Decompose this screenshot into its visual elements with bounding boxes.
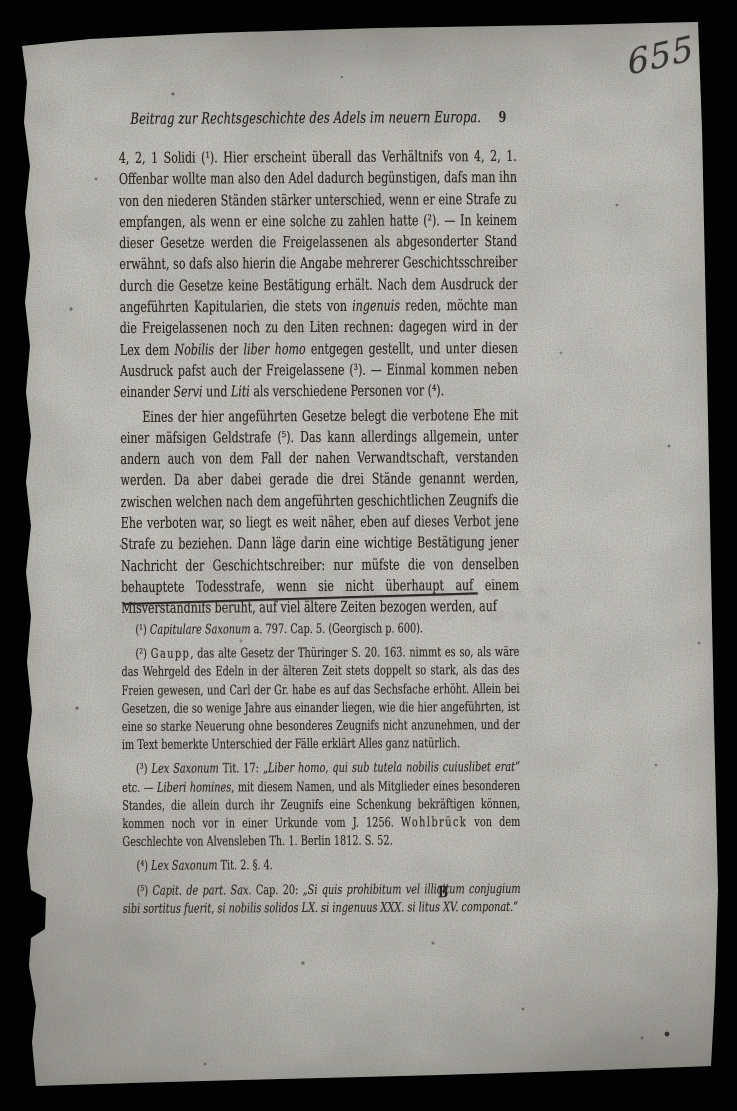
running-title: Beitrag zur Rechtsgeschichte des Adels i… bbox=[119, 108, 493, 128]
footnote: (¹) Capitulare Saxonum a. 797. Cap. 5. (… bbox=[121, 620, 519, 640]
paragraph: Eines der hier angeführten Gesetze beleg… bbox=[120, 404, 519, 619]
text-block: Beitrag zur Rechtsgeschichte des Adels i… bbox=[118, 0, 522, 1111]
foxing-specks bbox=[0, 0, 2, 2]
footnote: (⁵) Capit. de part. Sax. Cap. 20: „Si qu… bbox=[123, 881, 521, 919]
signature-mark: B bbox=[438, 882, 448, 901]
footnotes: (¹) Capitulare Saxonum a. 797. Cap. 5. (… bbox=[121, 620, 521, 925]
paper-sheet: 655 Beitrag zur Rechtsgeschichte des Ade… bbox=[0, 0, 737, 1111]
footnote: (²) Gaupp, das alte Gesetz der Thüringer… bbox=[121, 644, 520, 755]
footnote: (⁴) Lex Saxonum Tit. 2. §. 4. bbox=[122, 856, 520, 876]
footnote: (³) Lex Saxonum Tit. 17: „Liber homo, qu… bbox=[122, 759, 520, 852]
page-number: 9 bbox=[499, 108, 507, 126]
paragraph: 4, 2, 1 Solidi (¹). Hier erscheint übera… bbox=[119, 146, 518, 404]
body-text: 4, 2, 1 Solidi (¹). Hier erscheint übera… bbox=[119, 146, 519, 623]
handwritten-folio-number: 655 bbox=[626, 28, 696, 83]
scanned-book-page: 655 Beitrag zur Rechtsgeschichte des Ade… bbox=[0, 0, 737, 1111]
running-header: Beitrag zur Rechtsgeschichte des Adels i… bbox=[119, 108, 517, 132]
